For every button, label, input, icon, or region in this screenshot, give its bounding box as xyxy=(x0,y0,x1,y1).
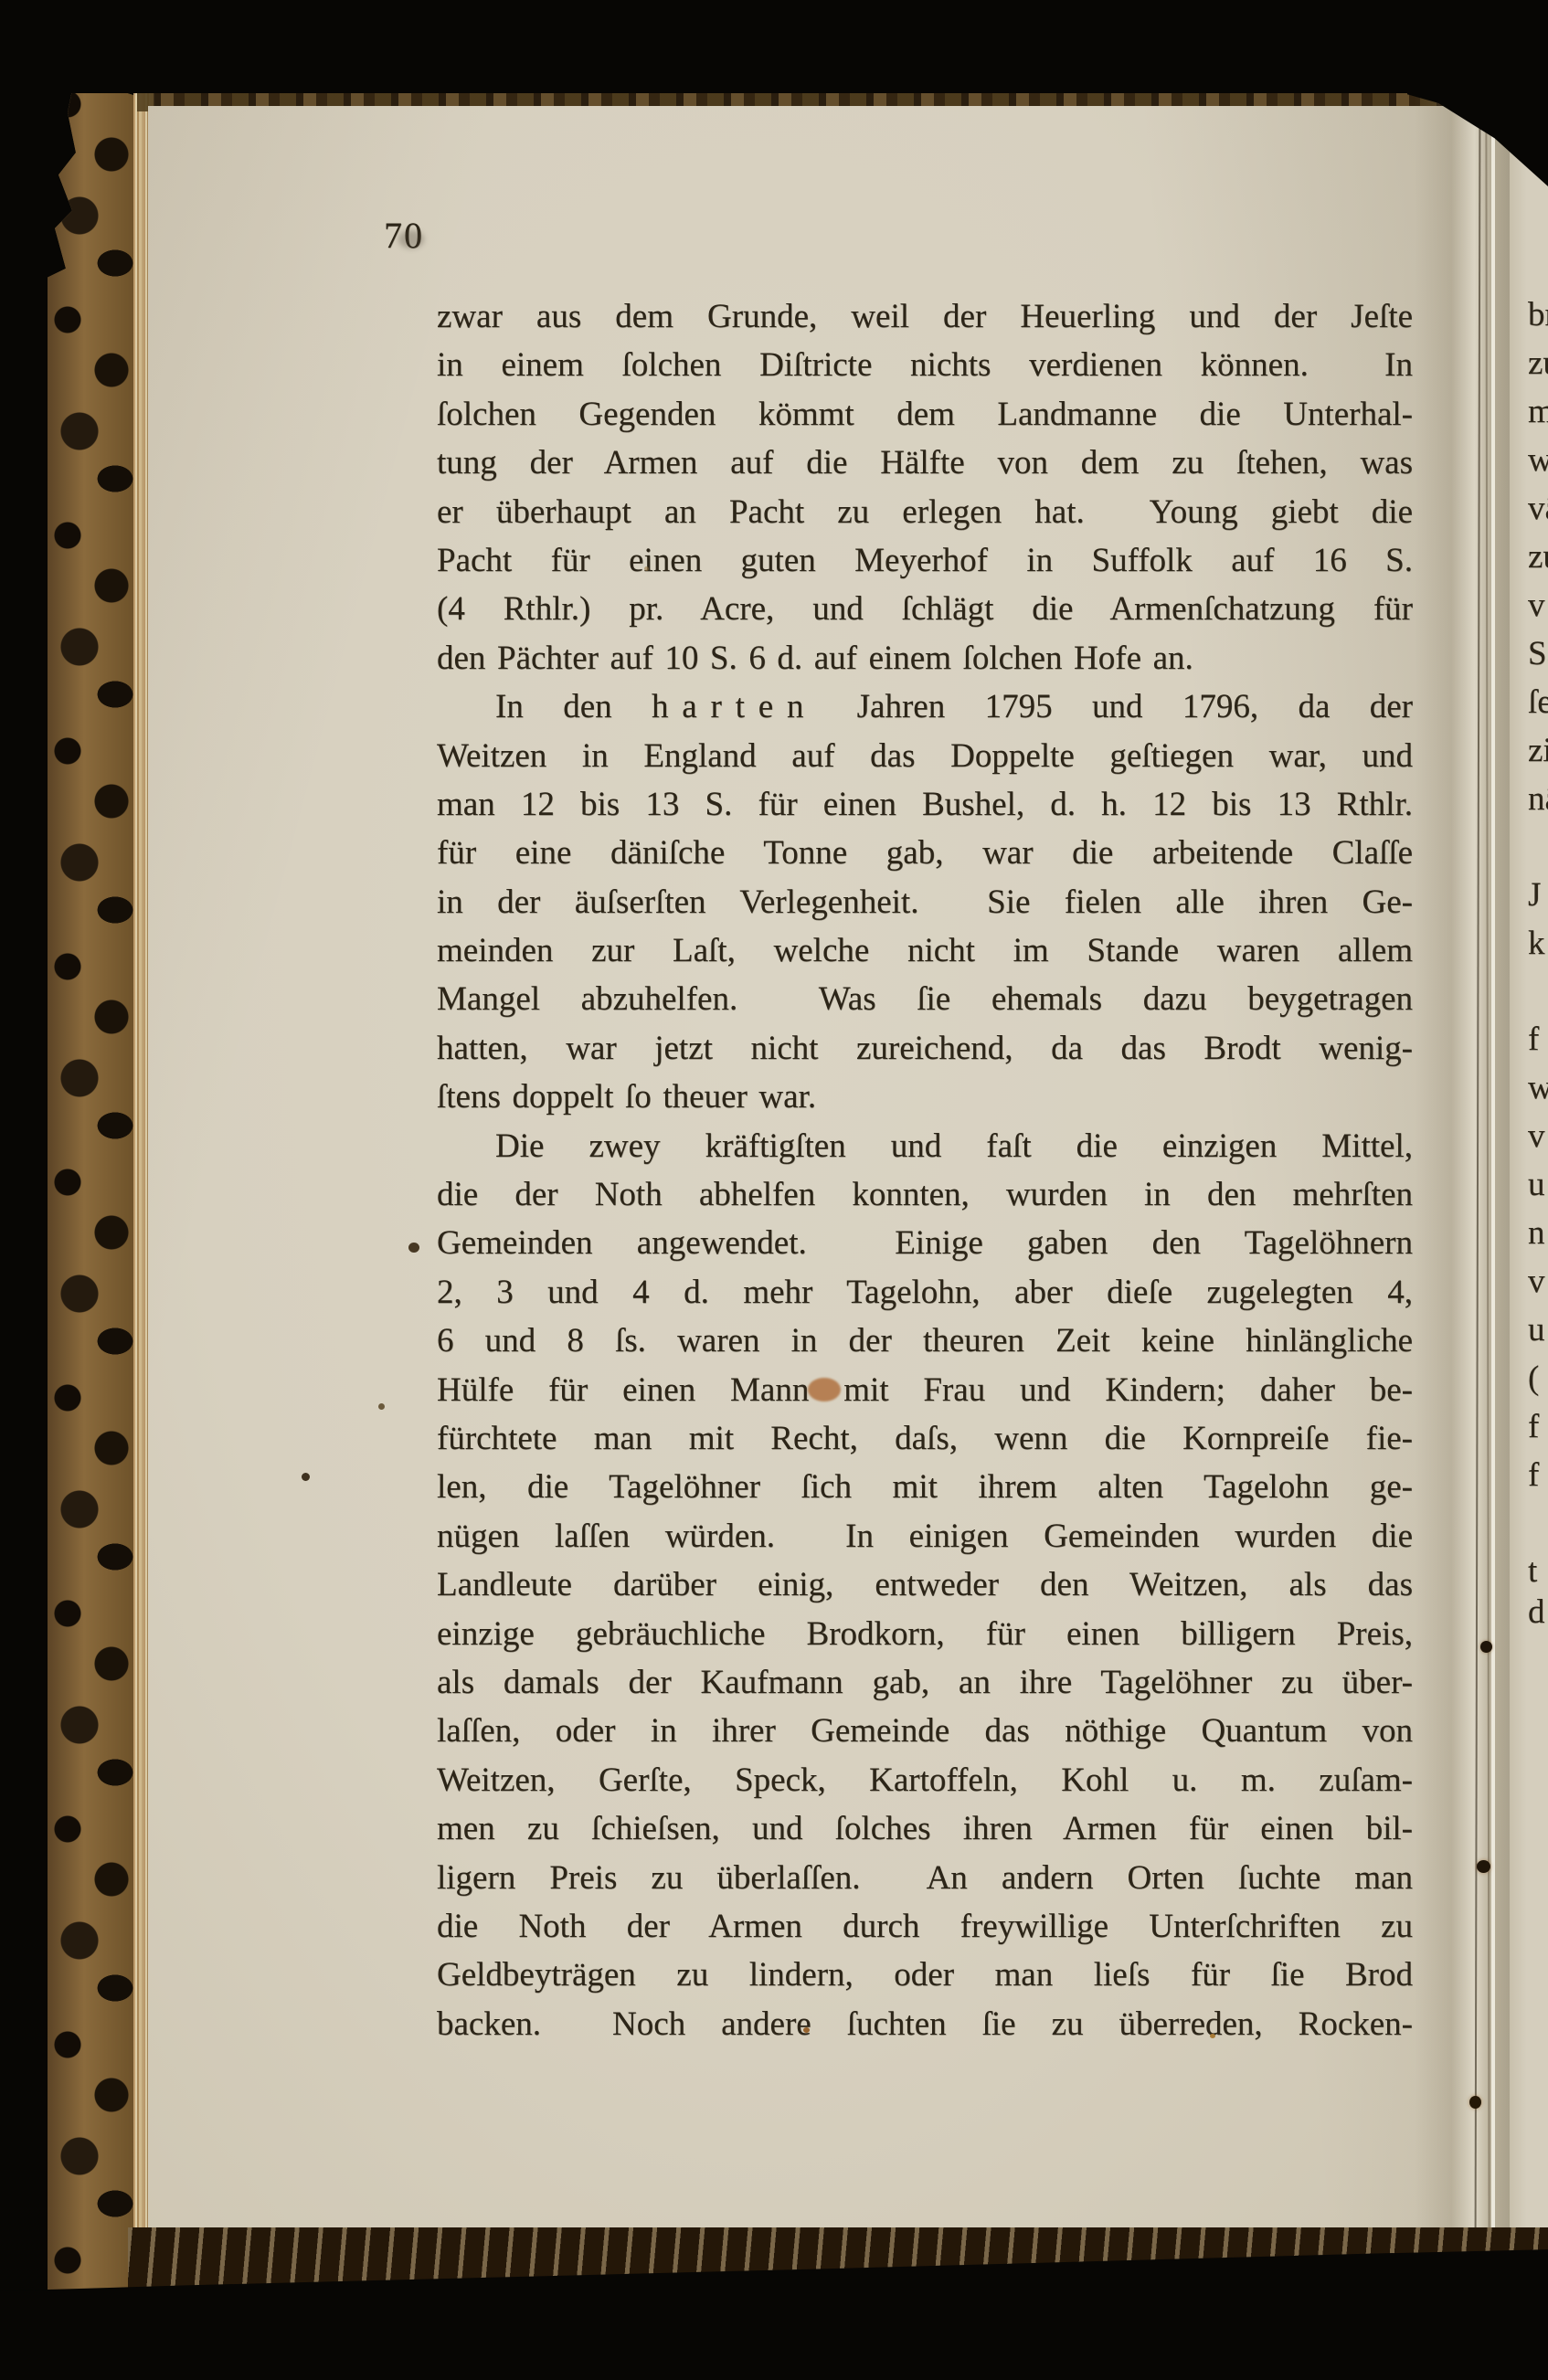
next-page-line-fragment: f xyxy=(1528,1021,1539,1058)
text-line: Gemeinden angewendet. Einige gaben den T… xyxy=(437,1219,1413,1267)
ink-dot xyxy=(408,1243,419,1253)
next-page-line-fragment: zu xyxy=(1528,539,1548,576)
paper-speck xyxy=(644,566,649,571)
next-page-line-fragment: v xyxy=(1528,1118,1545,1155)
text-line: die der Noth abhelfen konnten, wurden in… xyxy=(437,1170,1413,1219)
next-page-line-fragment: t xyxy=(1528,1553,1537,1590)
gutter xyxy=(1415,95,1511,2264)
next-page-line-fragment: d xyxy=(1528,1594,1545,1631)
text-line: in einem ſolchen Diſtricte nichts verdie… xyxy=(437,341,1413,389)
next-page-line-fragment: vä xyxy=(1528,491,1548,527)
text-line: backen. Noch andere ſuchten ſie zu überr… xyxy=(437,2000,1413,2048)
text-line: Pacht für einen guten Meyerhof in Suffol… xyxy=(437,536,1413,585)
next-page-line-fragment: n xyxy=(1528,1215,1545,1252)
ink-smudge xyxy=(398,230,424,249)
text-line: 6 und 8 ſs. waren in der theuren Zeit ke… xyxy=(437,1317,1413,1365)
text-line: laſſen, oder in ihrer Gemeinde das nöthi… xyxy=(437,1707,1413,1755)
next-page-line-fragment: ſe xyxy=(1528,684,1548,721)
next-page-sliver: brzumwväzuvSaſezinäJkfwvunvu(fftd xyxy=(1510,133,1548,2255)
next-page-line-fragment: ( xyxy=(1528,1360,1539,1397)
rust-stain xyxy=(808,1378,841,1402)
text-segment: harten xyxy=(652,688,817,725)
next-page-line-fragment: k xyxy=(1528,926,1545,962)
paper-speck xyxy=(1210,2034,1215,2038)
text-segment: In den xyxy=(495,688,652,725)
text-line: Landleute darüber einig, entweder den We… xyxy=(437,1560,1413,1609)
text-line: Hülfe für einen Mann mit Frau und Kinder… xyxy=(437,1366,1413,1414)
text-line: Geldbeyträgen zu lindern, oder man lieſs… xyxy=(437,1951,1413,1999)
text-line: zwar aus dem Grunde, weil der Heuerling … xyxy=(437,292,1413,341)
next-page-line-fragment: zi xyxy=(1528,733,1548,769)
text-line: ſtens doppelt ſo theuer war. xyxy=(437,1073,1413,1121)
book-scan-photo: brzumwväzuvSaſezinäJkfwvunvu(fftd 70 zwa… xyxy=(0,0,1548,2380)
text-line: In den harten Jahren 1795 und 1796, da d… xyxy=(437,682,1413,731)
text-line: den Pächter auf 10 S. 6 d. auf einem ſol… xyxy=(437,634,1413,682)
gutter-fold-line xyxy=(1485,95,1490,2264)
text-line: ligern Preis zu überlaſſen. An andern Or… xyxy=(437,1854,1413,1902)
text-line: hatten, war jetzt nicht zureichend, da d… xyxy=(437,1024,1413,1073)
wormhole xyxy=(1469,2096,1481,2109)
text-line: Mangel abzuhelfen. Was ſie ehemals dazu … xyxy=(437,975,1413,1023)
gutter-fold-line xyxy=(1475,95,1481,2264)
wormhole xyxy=(1477,1860,1490,1873)
text-line: Weitzen in England auf das Doppelte geſt… xyxy=(437,732,1413,780)
text-line: als damals der Kaufmann gab, an ihre Tag… xyxy=(437,1658,1413,1707)
text-line: Die zwey kräftigſten und faſt die einzig… xyxy=(437,1122,1413,1170)
next-page-line-fragment: f xyxy=(1528,1457,1539,1494)
text-line: nügen laſſen würden. In einigen Gemeinde… xyxy=(437,1512,1413,1560)
paper-speck xyxy=(803,2027,810,2033)
next-page-line-fragment: f xyxy=(1528,1409,1539,1445)
next-page-line-fragment: m xyxy=(1528,394,1548,430)
text-line: men zu ſchieſsen, und ſolches ihren Arme… xyxy=(437,1804,1413,1853)
text-line: die Noth der Armen durch freywillige Unt… xyxy=(437,1902,1413,1951)
ink-dot xyxy=(378,1403,385,1410)
marbled-cover-edge xyxy=(48,77,139,2306)
next-page-line-fragment: w xyxy=(1528,1070,1548,1106)
text-line: er überhaupt an Pacht zu erlegen hat. Yo… xyxy=(437,488,1413,536)
text-segment: Jahren 1795 und 1796, da der xyxy=(817,688,1413,725)
gutter-ridge-highlight xyxy=(1491,95,1495,2264)
ink-dot xyxy=(302,1473,310,1481)
text-line: (4 Rthlr.) pr. Acre, und ſchlägt die Arm… xyxy=(437,585,1413,633)
next-page-line-fragment: nä xyxy=(1528,781,1548,818)
next-page-line-fragment: v xyxy=(1528,1264,1545,1300)
next-page-line-fragment: u xyxy=(1528,1167,1545,1203)
text-line: für eine däniſche Tonne gab, war die arb… xyxy=(437,829,1413,877)
backdrop-top xyxy=(0,0,1548,93)
text-line: len, die Tagelöhner ſich mit ihrem alten… xyxy=(437,1463,1413,1511)
text-line: einzige gebräuchliche Brodkorn, für eine… xyxy=(437,1610,1413,1658)
next-page-line-fragment: u xyxy=(1528,1312,1545,1349)
text-block: zwar aus dem Grunde, weil der Heuerling … xyxy=(437,292,1413,2048)
next-page-line-fragment: zu xyxy=(1528,345,1548,382)
next-page-line-fragment: J xyxy=(1528,877,1541,914)
text-line: man 12 bis 13 S. für einen Bushel, d. h.… xyxy=(437,780,1413,829)
text-line: tung der Armen auf die Hälfte von dem zu… xyxy=(437,439,1413,487)
next-page-line-fragment: w xyxy=(1528,442,1548,479)
next-page-line-fragment: v xyxy=(1528,587,1545,624)
text-line: meinden zur Laſt, welche nicht im Stande… xyxy=(437,926,1413,975)
text-line: 2, 3 und 4 d. mehr Tagelohn, aber dieſe … xyxy=(437,1268,1413,1317)
text-line: in der äuſserſten Verlegenheit. Sie fiel… xyxy=(437,878,1413,926)
wormhole xyxy=(1480,1641,1492,1653)
next-page-line-fragment: Sa xyxy=(1528,636,1548,672)
text-line: Weitzen, Gerſte, Speck, Kartoffeln, Kohl… xyxy=(437,1756,1413,1804)
text-line: fürchtete man mit Recht, daſs, wenn die … xyxy=(437,1414,1413,1463)
text-line: ſolchen Gegenden kömmt dem Landmanne die… xyxy=(437,390,1413,439)
next-page-line-fragment: br xyxy=(1528,297,1548,333)
